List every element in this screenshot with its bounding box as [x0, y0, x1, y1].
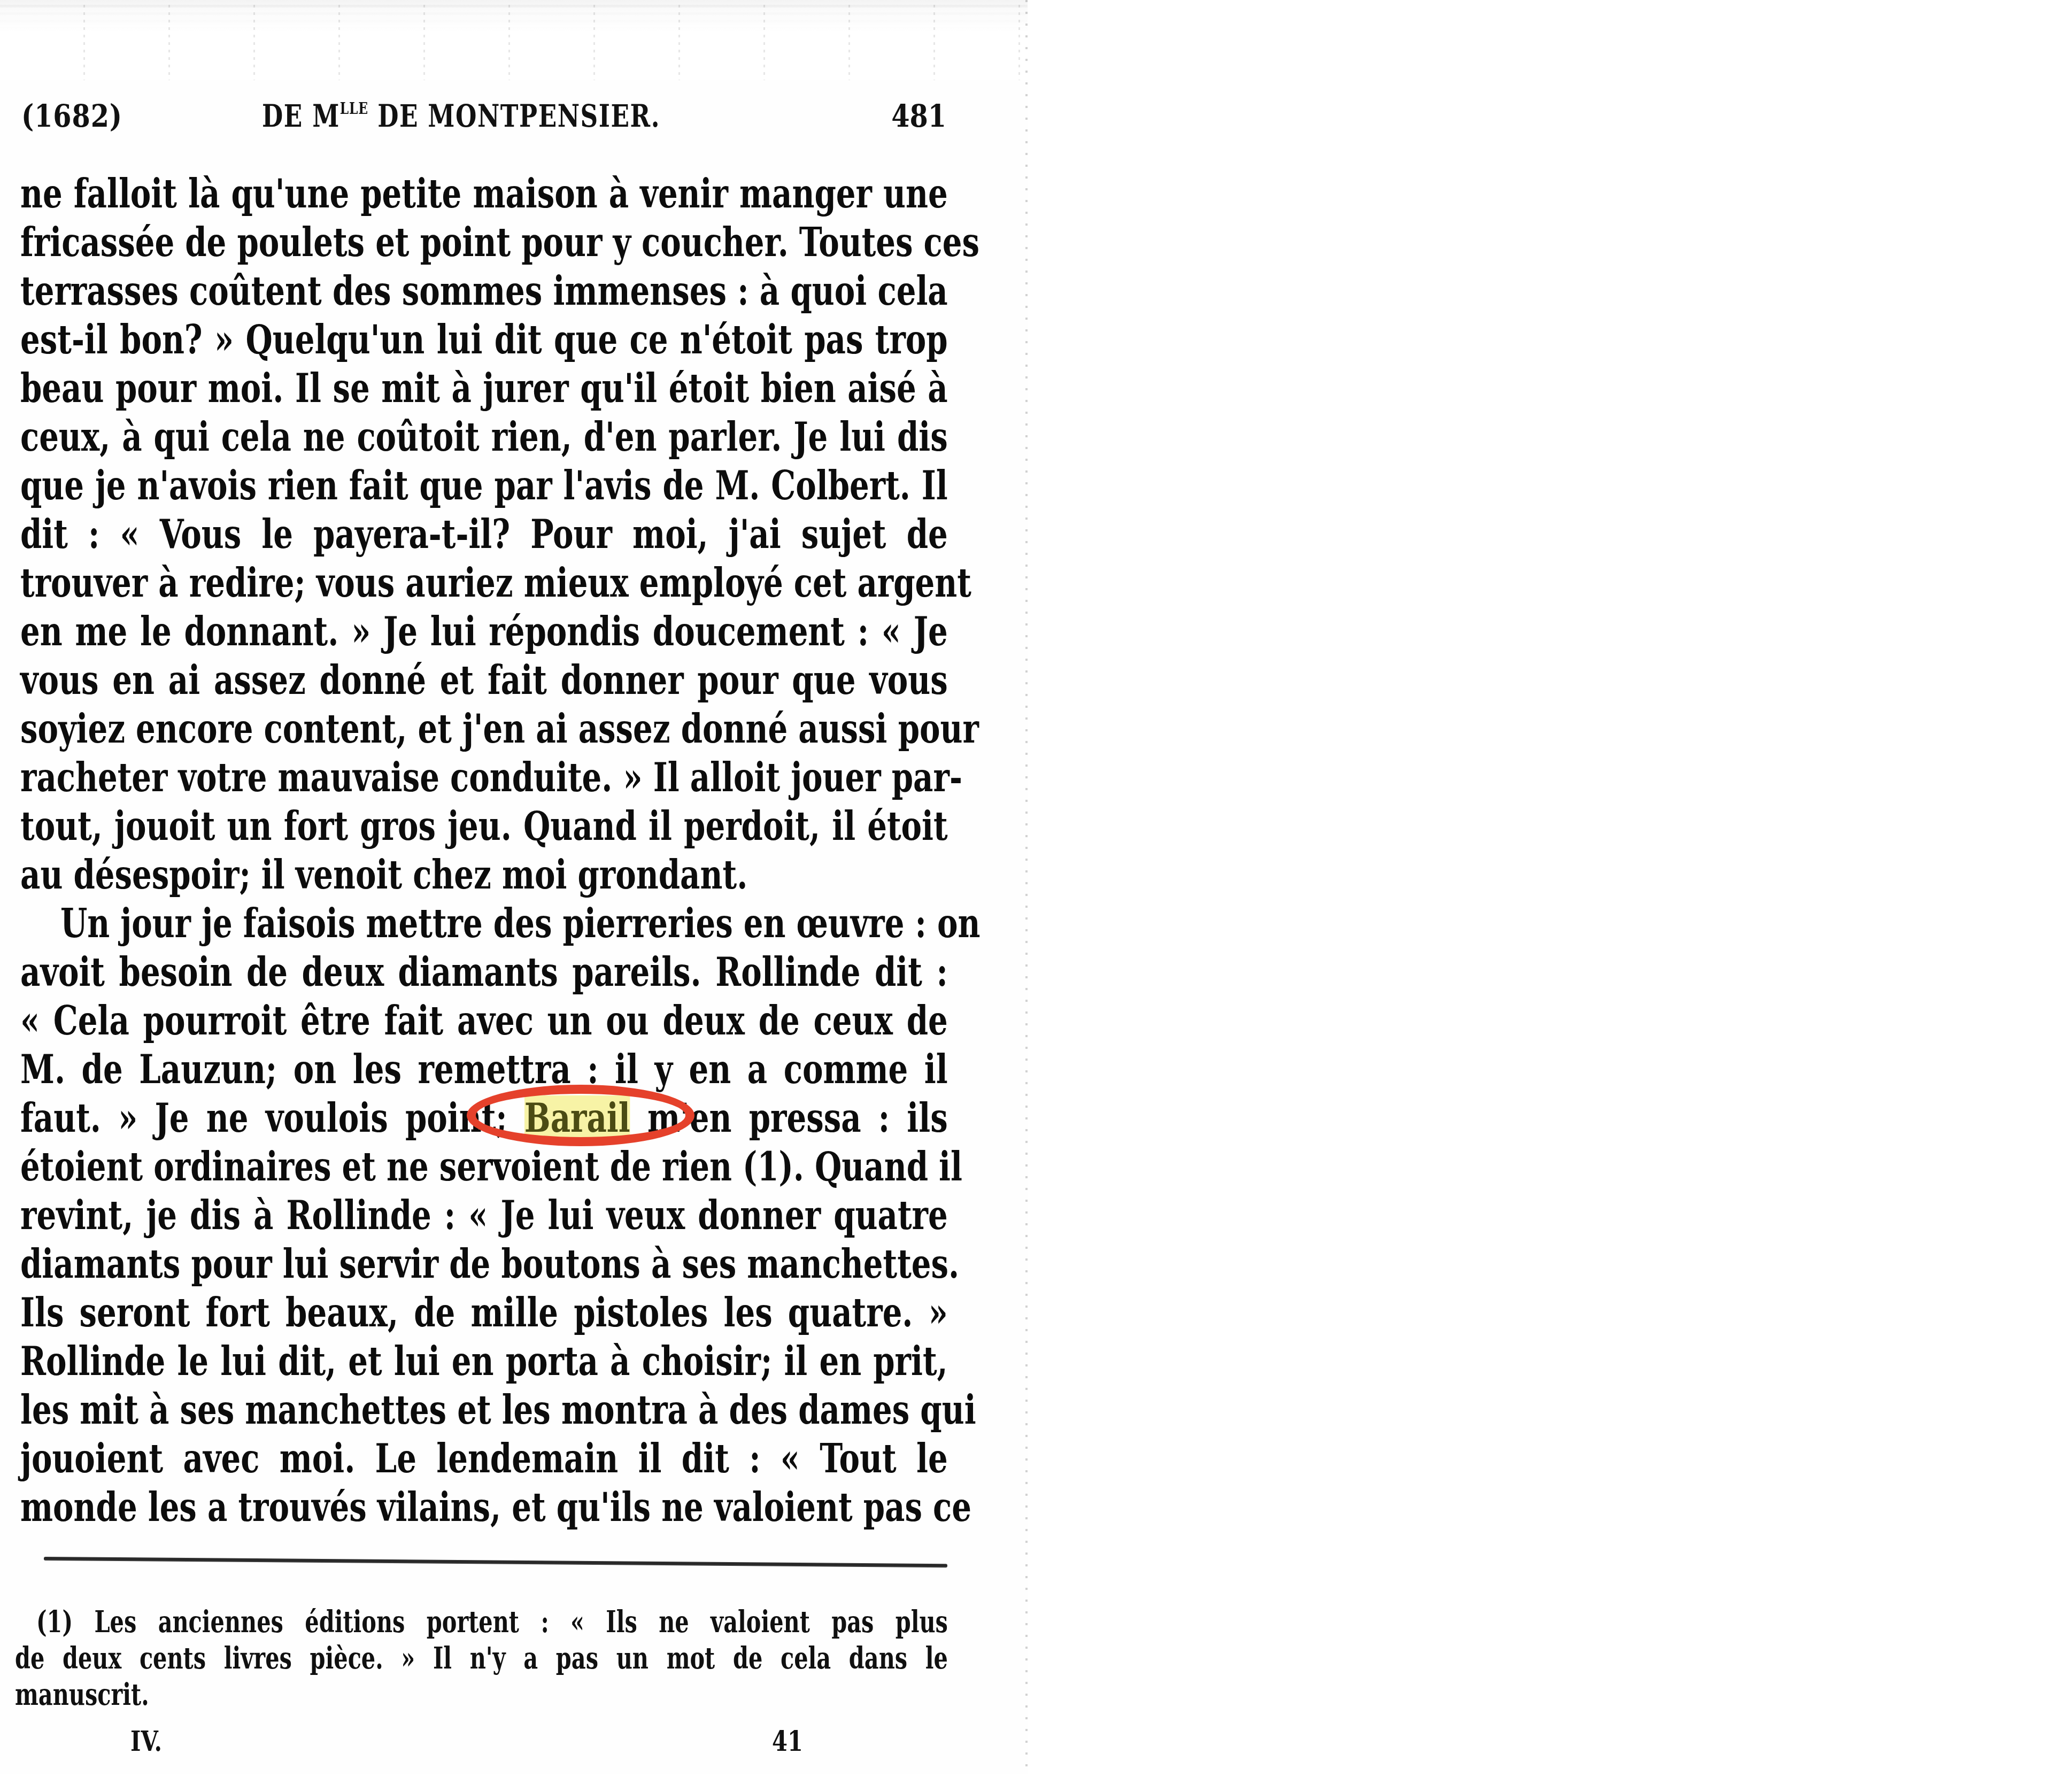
text-line: vous en ai assez donné et fait donner po…: [20, 656, 948, 705]
sheet-signature: 41: [772, 1726, 803, 1758]
text-line: monde les a trouvés vilains, et qu'ils n…: [20, 1484, 948, 1532]
footnote-line: de deux cents livres pièce. » Il n'y a p…: [15, 1640, 948, 1677]
title-superscript: LLE: [340, 99, 368, 118]
text-line: que je n'avois rien fait que par l'avis …: [20, 462, 948, 511]
text-line: beau pour moi. Il se mit à jurer qu'il é…: [20, 365, 948, 413]
text-line: jouoient avec moi. Le lendemain il dit :…: [20, 1435, 948, 1484]
text-line: « Cela pourroit être fait avec un ou deu…: [20, 997, 948, 1046]
scanned-book-page: (1682) DE MLLE DE MONTPENSIER. 481 ne fa…: [0, 0, 1028, 1774]
text-line: Rollinde le lui dit, et lui en porta à c…: [20, 1338, 948, 1386]
text-line: ne falloit là qu'une petite maison à ven…: [20, 170, 948, 219]
text-line: terrasses coûtent des sommes immenses : …: [20, 267, 948, 316]
footnote-line: manuscrit.: [15, 1677, 948, 1713]
text-line: avoit besoin de deux diamants pareils. R…: [20, 948, 948, 997]
text-line: fricassée de poulets et point pour y cou…: [20, 219, 948, 267]
text-line: dit : « Vous le payera-t-il? Pour moi, j…: [20, 511, 948, 559]
paragraph-start-line: Un jour je faisois mettre des pierreries…: [20, 900, 948, 948]
running-head-year: (1682): [21, 92, 122, 140]
running-head: (1682) DE MLLE DE MONTPENSIER. 481: [21, 92, 946, 140]
text-line: racheter votre mauvaise conduite. » Il a…: [20, 754, 948, 802]
footnote-line: (1) Les anciennes éditions portent : « I…: [15, 1604, 948, 1640]
text-line: Ils seront fort beaux, de mille pistoles…: [20, 1289, 948, 1338]
volume-signature: IV.: [130, 1726, 162, 1758]
running-head-title: DE MLLE DE MONTPENSIER.: [262, 92, 660, 140]
text-line: tout, jouoit un fort gros jeu. Quand il …: [20, 802, 948, 851]
text-line: est-il bon? » Quelqu'un lui dit que ce n…: [20, 316, 948, 365]
text-line: en me le donnant. » Je lui répondis douc…: [20, 608, 948, 656]
text-line: les mit à ses manchettes et les montra à…: [20, 1386, 948, 1435]
footnote: (1) Les anciennes éditions portent : « I…: [15, 1604, 948, 1713]
text-line: revint, je dis à Rollinde : « Je lui veu…: [20, 1192, 948, 1240]
body-text: ne falloit là qu'une petite maison à ven…: [20, 170, 948, 1532]
text-line: soyiez encore content, et j'en ai assez …: [20, 705, 948, 754]
red-circle-annotation: [467, 1085, 694, 1146]
text-line: étoient ordinaires et ne servoient de ri…: [20, 1143, 948, 1192]
text-line: au désespoir; il venoit chez moi grondan…: [20, 851, 948, 900]
page-number: 481: [891, 92, 946, 140]
page-right-edge: [1025, 0, 1028, 1774]
text-line: M. de Lauzun; on les remettra : il y en …: [20, 1046, 948, 1094]
scan-artifact-dots: [0, 0, 1028, 80]
footnote-separator-rule: [44, 1557, 947, 1567]
text-line: diamants pour lui servir de boutons à se…: [20, 1240, 948, 1289]
text-line: trouver à redire; vous auriez mieux empl…: [20, 559, 948, 608]
text-line: ceux, à qui cela ne coûtoit rien, d'en p…: [20, 413, 948, 462]
